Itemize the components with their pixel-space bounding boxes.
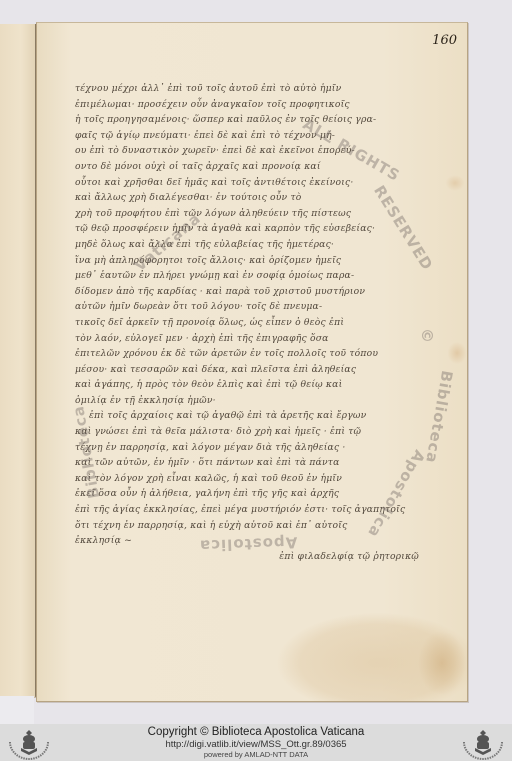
manuscript-line: καὶ γνώσει ἐπὶ τὰ θεῖα μάλιστα· διὸ χρὴ … bbox=[75, 424, 425, 440]
permalink-url[interactable]: http://digi.vatlib.it/view/MSS_Ott.gr.89… bbox=[120, 739, 392, 750]
manuscript-viewer[interactable]: 160 τέχνου μέχρι ἀλλ᾽ ἐπὶ τοῦ τοῖς ἀυτοῦ… bbox=[0, 0, 512, 724]
manuscript-line: οντο δὲ μόνοι οὐχὶ οἱ ταῖς ἀρχαῖς καὶ πρ… bbox=[75, 159, 425, 175]
manuscript-line: ὅτι τέχνη ἐν παρρησίᾳ, καὶ ἡ εὐχὴ αὐτοῦ … bbox=[75, 518, 425, 534]
manuscript-line: δίδομεν ἀπὸ τῆς καρδίας · καὶ παρὰ τοῦ χ… bbox=[75, 284, 425, 300]
manuscript-signature: ἐπὶ φιλαδελφίᾳ τῷ ῥητορικῷ bbox=[75, 549, 425, 565]
manuscript-line: ὁμιλίᾳ ἐν τῇ ἐκκλησίᾳ ἡμῶν· bbox=[75, 393, 425, 409]
previous-page-edge bbox=[0, 24, 36, 698]
copyright-footer: Copyright © Biblioteca Apostolica Vatica… bbox=[0, 724, 512, 761]
manuscript-line: οὗτοι καὶ χρῆσθαι δεῖ ἡμᾶς καὶ τοῖς ἀντι… bbox=[75, 175, 425, 191]
footer-text-block: Copyright © Biblioteca Apostolica Vatica… bbox=[120, 725, 392, 760]
manuscript-page[interactable]: 160 τέχνου μέχρι ἀλλ᾽ ἐπὶ τοῦ τοῖς ἀυτοῦ… bbox=[36, 22, 468, 702]
manuscript-line: ἐκεῖ ὅσα οὖν ἡ ἀλήθεια, γαλήνη ἐπὶ τῆς γ… bbox=[75, 486, 425, 502]
manuscript-line: ἐπὶ τῆς ἁγίας ἐκκλησίας, ἐπεὶ μέγα μυστή… bbox=[75, 502, 425, 518]
manuscript-line: μεθ᾽ ἑαυτῶν ἐν πλήρει γνώμῃ καὶ ἐν σοφίᾳ… bbox=[75, 268, 425, 284]
manuscript-line: ἐπὶ τοῖς ἀρχαίοις καὶ τῷ ἀγαθῷ ἐπὶ τὰ ἀρ… bbox=[75, 408, 425, 424]
manuscript-line: ἐπιτελῶν χρόνου ἐκ δὲ τῶν ἀρετῶν ἐν τοῖς… bbox=[75, 346, 425, 362]
manuscript-line: τέχνῃ ἐν παρρησίᾳ, καὶ λόγον μέγαν διὰ τ… bbox=[75, 440, 425, 456]
manuscript-line: ἐκκλησίᾳ ~ bbox=[75, 533, 425, 549]
watermark-biblioteca: Biblioteca bbox=[422, 369, 456, 465]
manuscript-line: τὸν λαόν, εὐλογεῖ μεν · ἀρχὴ ἐπὶ τῆς ἐπι… bbox=[75, 331, 425, 347]
vatican-library-logo-icon bbox=[458, 726, 508, 760]
copyright-text: Copyright © Biblioteca Apostolica Vatica… bbox=[120, 725, 392, 739]
manuscript-line: ου ἐπὶ τὸ δυναστικὸν χωρεῖν· ἐπεὶ δὲ καὶ… bbox=[75, 143, 425, 159]
manuscript-line: ἐπιμέλωμαι· προσέχειν οὖν ἀναγκαῖον τοῖς… bbox=[75, 97, 425, 113]
manuscript-line: φαῖς τῷ ἁγίῳ πνεύματι· ἐπεὶ δὲ καὶ ἐπὶ τ… bbox=[75, 128, 425, 144]
manuscript-line: χρὴ τοῦ προφήτου ἐπὶ τῶν λόγων ἀληθεύειν… bbox=[75, 206, 425, 222]
vatican-library-logo-icon bbox=[4, 726, 54, 760]
manuscript-line: τῷ θεῷ προσφέρειν ἡμῖν τὰ ἀγαθὰ καὶ καρπ… bbox=[75, 221, 425, 237]
manuscript-line: καὶ ἄλλως χρὴ διαλέγεσθαι· ἐν τούτοις οὖ… bbox=[75, 190, 425, 206]
manuscript-line: τικοῖς δεῖ ἀρκεῖν τῇ προνοίᾳ ὅλως, ὡς εἶ… bbox=[75, 315, 425, 331]
manuscript-text: τέχνου μέχρι ἀλλ᾽ ἐπὶ τοῦ τοῖς ἀυτοῦ ἐπὶ… bbox=[75, 81, 425, 564]
manuscript-line: μηδὲ ὅλως καὶ ἄλλα ἐπὶ τῆς εὐλαβείας τῆς… bbox=[75, 237, 425, 253]
viewer-background bbox=[0, 696, 34, 724]
powered-by-text: powered by AMLAD-NTT DATA bbox=[120, 750, 392, 760]
manuscript-line: καὶ τῶν αὐτῶν, ἐν ἡμῖν · ὅτι πάντων καὶ … bbox=[75, 455, 425, 471]
manuscript-line: ἡ τοῖς προηγησαμένοις· ὥσπερ καὶ παῦλος … bbox=[75, 112, 425, 128]
manuscript-line: ἵνα μὴ ἀπληρόφορητοι τοῖς ἄλλοις· καὶ ὁρ… bbox=[75, 253, 425, 269]
manuscript-line: αὐτῶν ἡμῖν δωρεὰν ὅτι τοῦ λόγου· τοῖς δὲ… bbox=[75, 299, 425, 315]
folio-number: 160 bbox=[432, 33, 457, 48]
manuscript-line: καὶ τὸν λόγον χρὴ εἶναι καλῶς, ἡ καὶ τοῦ… bbox=[75, 471, 425, 487]
manuscript-line: μέσου· καὶ τεσσαρῶν καὶ δέκα, καὶ πλεῖστ… bbox=[75, 362, 425, 378]
manuscript-line: τέχνου μέχρι ἀλλ᾽ ἐπὶ τοῦ τοῖς ἀυτοῦ ἐπὶ… bbox=[75, 81, 425, 97]
manuscript-line: καὶ ἀγάπης, ἡ πρὸς τὸν θεὸν ἐλπὶς καὶ ἐπ… bbox=[75, 377, 425, 393]
